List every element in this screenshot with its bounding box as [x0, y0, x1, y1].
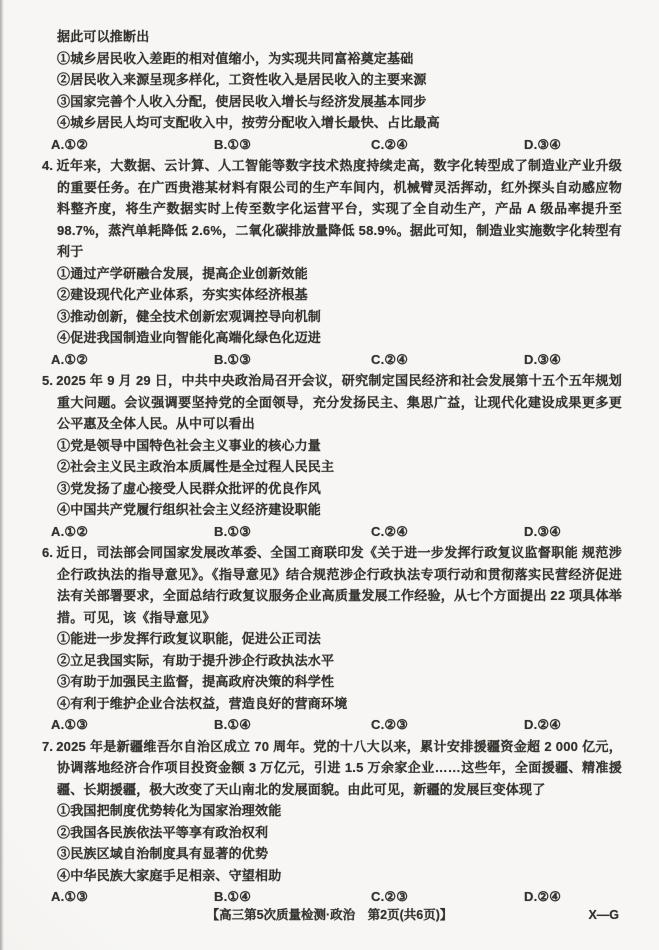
- option-d: D.③④: [524, 134, 622, 156]
- options-row: A.①③ B.①④ C.②③ D.②④: [51, 714, 622, 736]
- fragment-lead: 据此可以推断出: [57, 26, 622, 48]
- question-stem-text: 近日，司法部会同国家发展改革委、全国工商联印发《关于进一步发挥行政复议监督职能 …: [56, 545, 622, 625]
- question-item-3: ③推动创新，健全技术创新宏观调控导向机制: [57, 306, 622, 328]
- option-d: D.②④: [524, 714, 622, 736]
- question-6: 6.近日，司法部会同国家发展改革委、全国工商联印发《关于进一步发挥行政复议监督职…: [57, 542, 622, 736]
- option-a: A.①②: [51, 134, 214, 156]
- option-b: B.①③: [214, 349, 371, 371]
- exam-content: 据此可以推断出 ①城乡居民收入差距的相对值缩小，为实现共同富裕奠定基础 ②居民收…: [57, 26, 622, 908]
- fragment-item-3: ③国家完善个人收入分配，使居民收入增长与经济发展基本同步: [57, 91, 622, 113]
- option-c: C.②③: [371, 886, 524, 908]
- question-item-3: ③民族区域自治制度具有显著的优势: [57, 843, 622, 865]
- page-footer: 【高三第5次质量检测·政治 第2页(共6页)】 X—G: [0, 906, 659, 924]
- option-b: B.①④: [214, 886, 371, 908]
- question-item-1: ①通过产学研融合发展，提高企业创新效能: [57, 263, 622, 285]
- question-7: 7.2025 年是新疆维吾尔自治区成立 70 周年。党的十八大以来，累计安排援疆…: [57, 736, 622, 908]
- question-item-1: ①我国把制度优势转化为国家治理效能: [57, 800, 622, 822]
- option-c: C.②③: [371, 714, 524, 736]
- option-c: C.②④: [371, 521, 524, 543]
- exam-page: 据此可以推断出 ①城乡居民收入差距的相对值缩小，为实现共同富裕奠定基础 ②居民收…: [0, 0, 659, 950]
- question-item-2: ②建设现代化产业体系，夯实实体经济根基: [57, 284, 622, 306]
- option-b: B.①③: [214, 521, 371, 543]
- question-item-4: ④中华民族大家庭手足相亲、守望相助: [57, 865, 622, 887]
- question-stem-text: 近年来，大数据、云计算、人工智能等数字技术热度持续走高，数字化转型成了制造业产业…: [56, 158, 622, 259]
- question-stem: 4.近年来，大数据、云计算、人工智能等数字技术热度持续走高，数字化转型成了制造业…: [57, 155, 622, 263]
- option-d: D.③④: [524, 349, 622, 371]
- question-3-fragment: 据此可以推断出 ①城乡居民收入差距的相对值缩小，为实现共同富裕奠定基础 ②居民收…: [57, 26, 622, 155]
- question-item-4: ④有利于维护企业合法权益，营造良好的营商环境: [57, 693, 622, 715]
- footer-title: 【高三第5次质量检测·政治 第2页(共6页)】: [207, 908, 453, 922]
- question-stem: 7.2025 年是新疆维吾尔自治区成立 70 周年。党的十八大以来，累计安排援疆…: [57, 736, 622, 801]
- footer-page-code: X—G: [588, 906, 619, 924]
- option-c: C.②④: [371, 134, 524, 156]
- question-item-1: ①党是领导中国特色社会主义事业的核心力量: [57, 435, 622, 457]
- option-b: B.①③: [214, 134, 371, 156]
- question-number: 7.: [42, 739, 56, 754]
- question-item-4: ④中国共产党履行组织社会主义经济建设职能: [57, 499, 622, 521]
- question-stem: 5.2025 年 9 月 29 日，中共中央政治局召开会议，研究制定国民经济和社…: [57, 370, 622, 435]
- question-stem-text: 2025 年是新疆维吾尔自治区成立 70 周年。党的十八大以来，累计安排援疆资金…: [56, 739, 622, 797]
- fragment-item-2: ②居民收入来源呈现多样化，工资性收入是居民收入的主要来源: [57, 69, 622, 91]
- question-item-4: ④促进我国制造业向智能化高端化绿色化迈进: [57, 327, 622, 349]
- question-item-2: ②社会主义民主政治本质属性是全过程人民民主: [57, 456, 622, 478]
- option-a: A.①③: [51, 886, 214, 908]
- question-4: 4.近年来，大数据、云计算、人工智能等数字技术热度持续走高，数字化转型成了制造业…: [57, 155, 622, 370]
- option-c: C.②④: [371, 349, 524, 371]
- question-number: 4.: [42, 158, 56, 173]
- options-row: A.①③ B.①④ C.②③ D.②④: [51, 886, 622, 908]
- question-stem-text: 2025 年 9 月 29 日，中共中央政治局召开会议，研究制定国民经济和社会发…: [56, 373, 622, 431]
- option-b: B.①④: [214, 714, 371, 736]
- question-5: 5.2025 年 9 月 29 日，中共中央政治局召开会议，研究制定国民经济和社…: [57, 370, 622, 542]
- option-d: D.③④: [524, 521, 622, 543]
- question-item-3: ③党发扬了虚心接受人民群众批评的优良作风: [57, 478, 622, 500]
- option-a: A.①③: [51, 714, 214, 736]
- option-a: A.①②: [51, 349, 214, 371]
- options-row: A.①② B.①③ C.②④ D.③④: [51, 134, 622, 156]
- question-number: 6.: [42, 545, 56, 560]
- question-item-3: ③有助于加强民主监督，提高政府决策的科学性: [57, 671, 622, 693]
- fragment-item-4: ④城乡居民人均可支配收入中，按劳分配收入增长最快、占比最高: [57, 112, 622, 134]
- question-item-2: ②我国各民族依法平等享有政治权利: [57, 822, 622, 844]
- question-stem: 6.近日，司法部会同国家发展改革委、全国工商联印发《关于进一步发挥行政复议监督职…: [57, 542, 622, 628]
- option-a: A.①②: [51, 521, 214, 543]
- question-number: 5.: [42, 373, 56, 388]
- options-row: A.①② B.①③ C.②④ D.③④: [51, 349, 622, 371]
- fragment-item-1: ①城乡居民收入差距的相对值缩小，为实现共同富裕奠定基础: [57, 48, 622, 70]
- option-d: D.②④: [524, 886, 622, 908]
- options-row: A.①② B.①③ C.②④ D.③④: [51, 521, 622, 543]
- question-item-1: ①能进一步发挥行政复议职能，促进公正司法: [57, 628, 622, 650]
- question-item-2: ②立足我国实际，有助于提升涉企行政执法水平: [57, 650, 622, 672]
